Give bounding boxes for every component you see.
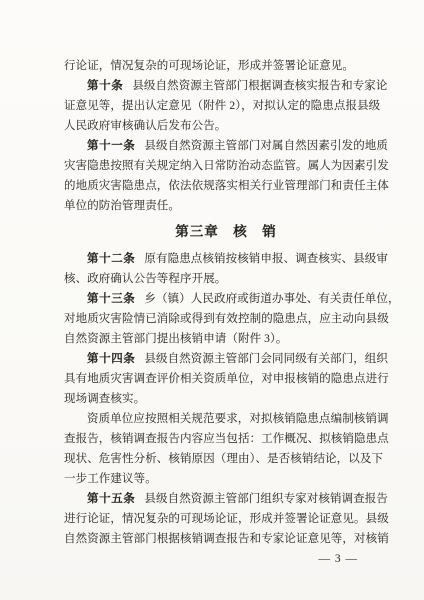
article-number: 第十五条	[87, 493, 135, 505]
line-text: 现场调查核实。	[64, 393, 145, 405]
text-line: 具有地质灾害调查评价相关资质单位，对申报核销的隐患点进行	[64, 369, 388, 389]
line-text: 自然资源主管部门提出核销申请（附件 3）。	[64, 333, 287, 345]
page-number: — 3 —	[64, 549, 388, 569]
text-line: 进行论证，情况复杂的可现场论证，形成并签署论证意见。县级	[64, 509, 388, 529]
text-line: 核、政府确认公告等程序开展。	[64, 269, 388, 289]
line-text: 证意见等，提出认定意见（附件 2），对拟认定的隐患点报县级	[64, 100, 380, 112]
chapter-heading: 第三章 核 销	[64, 222, 388, 242]
line-text: 查报告，核销调查报告内容应当包括：工作概况、拟核销隐患点	[64, 433, 389, 445]
text-line: 行论证，情况复杂的可现场论证，形成并签署论证意见。	[64, 56, 388, 76]
article-number: 第十二条	[87, 253, 135, 265]
line-text: 人民政府审核确认后发布公告。	[64, 120, 226, 132]
line-text: 资质单位应按照相关规范要求，对拟核销隐患点编制核销调	[87, 413, 389, 425]
line-text: 行论证，情况复杂的可现场论证，形成并签署论证意见。	[64, 60, 354, 72]
document-page: 行论证，情况复杂的可现场论证，形成并签署论证意见。 第十条县级自然资源主管部门根…	[0, 0, 424, 600]
text-line: 单位的防治管理责任。	[64, 196, 388, 216]
article-number: 第十三条	[87, 293, 135, 305]
text-line: 证意见等，提出认定意见（附件 2），对拟认定的隐患点报县级	[64, 96, 388, 116]
line-text: 乡（镇）人民政府或街道办事处、有关责任单位，	[144, 293, 399, 305]
line-text: 县级自然资源主管部门会同同级有关部门，组织	[144, 353, 388, 365]
document-text-column: 行论证，情况复杂的可现场论证，形成并签署论证意见。 第十条县级自然资源主管部门根…	[64, 56, 388, 569]
line-text: 一步工作建议等。	[64, 473, 157, 485]
text-line: 第十条县级自然资源主管部门根据调查核实报告和专家论	[64, 76, 388, 96]
text-line: 自然资源主管部门提出核销申请（附件 3）。	[64, 329, 388, 349]
article-number: 第十四条	[87, 353, 135, 365]
text-line: 第十四条县级自然资源主管部门会同同级有关部门，组织	[64, 349, 388, 369]
article-number: 第十条	[87, 80, 123, 92]
line-text: 灾害隐患按照有关规定纳入日常防治动态监管。属人为因素引发	[64, 160, 389, 172]
text-line: 一步工作建议等。	[64, 469, 388, 489]
line-text: 县级自然资源主管部门组织专家对核销调查报告	[144, 493, 388, 505]
line-text: 核、政府确认公告等程序开展。	[64, 273, 226, 285]
text-line: 自然资源主管部门根据核销调查报告和专家论证意见等，对核销	[64, 529, 388, 549]
line-text: 县级自然资源主管部门对属自然因素引发的地质	[144, 140, 388, 152]
text-line: 人民政府审核确认后发布公告。	[64, 116, 388, 136]
line-text: 县级自然资源主管部门根据调查核实报告和专家论	[132, 80, 387, 92]
text-line: 第十五条县级自然资源主管部门组织专家对核销调查报告	[64, 489, 388, 509]
line-text: 自然资源主管部门根据核销调查报告和专家论证意见等，对核销	[64, 533, 389, 545]
text-line: 第十三条乡（镇）人民政府或街道办事处、有关责任单位，	[64, 289, 388, 309]
text-line: 第十二条原有隐患点核销按核销申报、调查核实、县级审	[64, 249, 388, 269]
text-line: 灾害隐患按照有关规定纳入日常防治动态监管。属人为因素引发	[64, 156, 388, 176]
text-line: 对地质灾害险情已消除或得到有效控制的隐患点，应主动向县级	[64, 309, 388, 329]
line-text: 对地质灾害险情已消除或得到有效控制的隐患点，应主动向县级	[64, 313, 389, 325]
line-text: 具有地质灾害调查评价相关资质单位，对申报核销的隐患点进行	[64, 373, 389, 385]
text-line: 现状、危害性分析、核销原因（理由）、是否核销结论，以及下	[64, 449, 388, 469]
line-text: 原有隐患点核销按核销申报、调查核实、县级审	[144, 253, 388, 265]
line-text: 进行论证，情况复杂的可现场论证，形成并签署论证意见。县级	[64, 513, 389, 525]
line-text: 的地质灾害隐患点，依法依规落实相关行业管理部门和责任主体	[64, 180, 389, 192]
article-number: 第十一条	[87, 140, 135, 152]
line-text: 单位的防治管理责任。	[64, 200, 180, 212]
text-line: 资质单位应按照相关规范要求，对拟核销隐患点编制核销调	[64, 409, 388, 429]
text-line: 第十一条县级自然资源主管部门对属自然因素引发的地质	[64, 136, 388, 156]
text-line: 查报告，核销调查报告内容应当包括：工作概况、拟核销隐患点	[64, 429, 388, 449]
text-line: 的地质灾害隐患点，依法依规落实相关行业管理部门和责任主体	[64, 176, 388, 196]
text-line: 现场调查核实。	[64, 389, 388, 409]
line-text: 现状、危害性分析、核销原因（理由）、是否核销结论，以及下	[64, 453, 383, 465]
